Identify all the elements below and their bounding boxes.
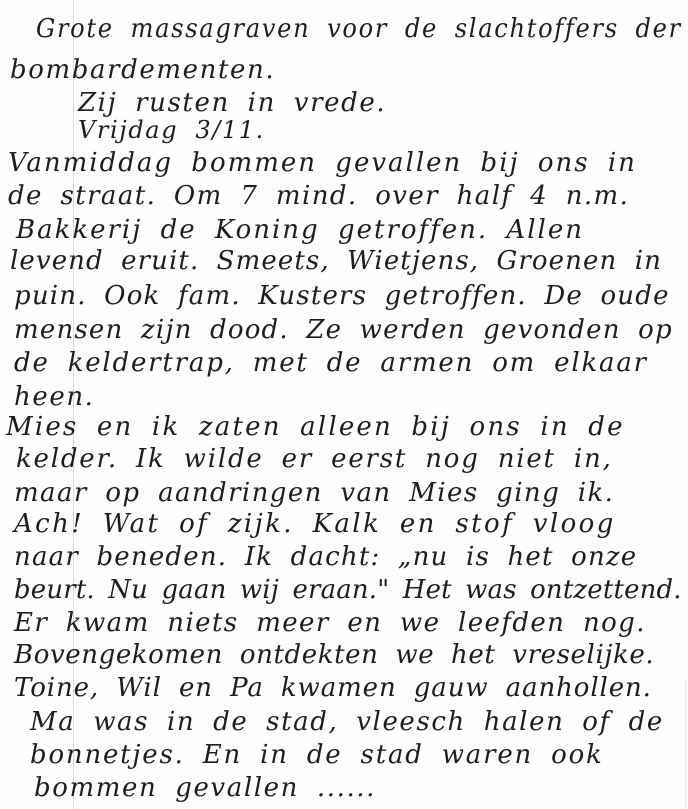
text-line-20: Bovengekomen ontdekten we het vreselijke… — [14, 642, 654, 668]
text-line-15: maar op aandringen van Mies ging ik. — [14, 480, 614, 506]
text-line-1: Grote massagraven voor de slachtoffers d… — [36, 16, 682, 42]
text-line-7: Bakkerij de Koning getroffen. Allen — [16, 217, 584, 243]
text-line-14: kelder. Ik wilde er eerst nog niet in, — [16, 446, 613, 472]
text-line-11: de keldertrap, met de armen om elkaar — [14, 350, 648, 376]
text-line-17: naar beneden. Ik dacht: „nu is het onze — [14, 544, 637, 570]
diary-page: Grote massagraven voor de slachtoffers d… — [0, 0, 688, 809]
text-line-8: levend eruit. Smeets, Wietjens, Groenen … — [10, 248, 662, 274]
text-line-24: bommen gevallen ...... — [34, 775, 376, 801]
text-line-22: Ma was in de stad, vleesch halen of de — [30, 709, 664, 735]
text-line-2: bombardementen. — [10, 57, 275, 83]
text-line-23: bonnetjes. En in de stad waren ook — [30, 742, 604, 768]
text-line-21: Toine, Wil en Pa kwamen gauw aanhollen. — [14, 675, 652, 701]
text-line-6: de straat. Om 7 mind. over half 4 n.m. — [8, 183, 629, 209]
text-line-4: Vrijdag 3/11. — [78, 118, 265, 142]
paper-edge — [685, 680, 686, 809]
text-line-10: mensen zijn dood. Ze werden gevonden op — [14, 317, 673, 343]
text-line-9: puin. Ook fam. Kusters getroffen. De oud… — [14, 283, 670, 309]
text-line-18: beurt. Nu gaan wij eraan." Het was ontze… — [14, 577, 682, 603]
text-line-16: Ach! Wat of zijk. Kalk en stof vloog — [14, 511, 616, 537]
text-line-5: Vanmiddag bommen gevallen bij ons in — [8, 150, 637, 176]
text-line-13: Mies en ik zaten alleen bij ons in de — [6, 414, 625, 440]
text-line-3: Zij rusten in vrede. — [78, 90, 386, 116]
text-line-12: heen. — [14, 384, 95, 410]
text-line-19: Er kwam niets meer en we leefden nog. — [14, 610, 646, 636]
